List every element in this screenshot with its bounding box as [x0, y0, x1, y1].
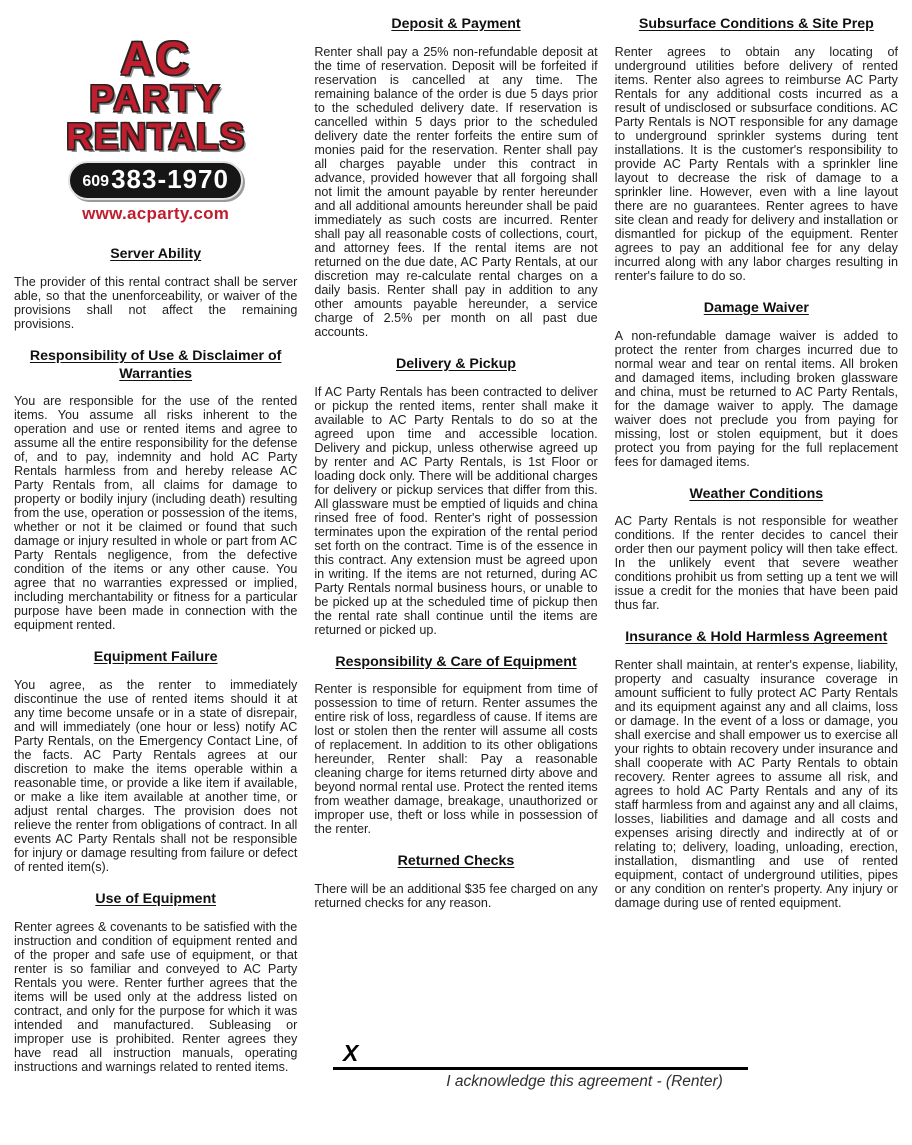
section-subsurface-conditions: Subsurface Conditions & Site Prep Renter… [615, 16, 898, 283]
section-body: Renter is responsible for equipment from… [314, 682, 597, 836]
section-heading: Deposit & Payment [320, 16, 591, 34]
section-heading: Equipment Failure [20, 649, 291, 667]
section-heading: Returned Checks [320, 853, 591, 871]
section-heading: Use of Equipment [20, 891, 291, 909]
document-page: AC PARTY RENTALS 609383-1970 www.acparty… [0, 0, 912, 1074]
section-body: If AC Party Rentals has been contracted … [314, 385, 597, 637]
section-body: There will be an additional $35 fee char… [314, 882, 597, 910]
section-responsibility-care: Responsibility & Care of Equipment Rente… [314, 654, 597, 837]
section-weather-conditions: Weather Conditions AC Party Rentals is n… [615, 486, 898, 613]
section-body: Renter shall pay a 25% non-refundable de… [314, 45, 597, 339]
column-right: Subsurface Conditions & Site Prep Renter… [615, 0, 898, 1074]
section-server-ability: Server Ability The provider of this rent… [14, 246, 297, 331]
phone-badge: 609383-1970 [68, 161, 243, 200]
phone-area-code: 609 [82, 173, 109, 190]
signature-caption: I acknowledge this agreement - (Renter) [333, 1073, 748, 1091]
section-equipment-failure: Equipment Failure You agree, as the rent… [14, 649, 297, 874]
signature-block: X I acknowledge this agreement - (Renter… [333, 1040, 748, 1091]
logo-word-rentals: RENTALS [49, 117, 263, 156]
section-heading: Damage Waiver [621, 300, 892, 318]
section-heading: Responsibility of Use & Disclaimer of Wa… [20, 348, 291, 384]
section-body: You are responsible for the use of the r… [14, 394, 297, 632]
section-damage-waiver: Damage Waiver A non-refundable damage wa… [615, 300, 898, 469]
column-left: AC PARTY RENTALS 609383-1970 www.acparty… [14, 0, 297, 1074]
section-heading: Insurance & Hold Harmless Agreement [621, 629, 892, 647]
section-body: Renter shall maintain, at renter's expen… [615, 658, 898, 910]
section-insurance-hold-harmless: Insurance & Hold Harmless Agreement Rent… [615, 629, 898, 910]
section-body: You agree, as the renter to immediately … [14, 678, 297, 874]
section-body: The provider of this rental contract sha… [14, 275, 297, 331]
signature-line[interactable]: X [333, 1040, 748, 1070]
section-body: AC Party Rentals is not responsible for … [615, 514, 898, 612]
signature-x-mark: X [343, 1040, 358, 1066]
section-use-of-equipment: Use of Equipment Renter agrees & covenan… [14, 891, 297, 1074]
section-delivery-pickup: Delivery & Pickup If AC Party Rentals ha… [314, 356, 597, 637]
section-heading: Server Ability [20, 246, 291, 264]
logo-word-ac: AC [49, 36, 263, 80]
section-deposit-payment: Deposit & Payment Renter shall pay a 25%… [314, 16, 597, 339]
section-heading: Weather Conditions [621, 486, 892, 504]
website-url: www.acparty.com [49, 204, 263, 224]
section-body: Renter agrees to obtain any locating of … [615, 45, 898, 283]
section-heading: Responsibility & Care of Equipment [320, 654, 591, 672]
phone-number: 383-1970 [111, 164, 229, 194]
section-body: Renter agrees & covenants to be satisfie… [14, 920, 297, 1074]
section-heading: Subsurface Conditions & Site Prep [621, 16, 892, 34]
column-middle: Deposit & Payment Renter shall pay a 25%… [314, 0, 597, 1074]
section-responsibility-of-use: Responsibility of Use & Disclaimer of Wa… [14, 348, 297, 633]
company-logo: AC PARTY RENTALS 609383-1970 www.acparty… [49, 36, 263, 224]
section-returned-checks: Returned Checks There will be an additio… [314, 853, 597, 910]
section-heading: Delivery & Pickup [320, 356, 591, 374]
logo-word-party: PARTY [49, 80, 263, 117]
section-body: A non-refundable damage waiver is added … [615, 329, 898, 469]
